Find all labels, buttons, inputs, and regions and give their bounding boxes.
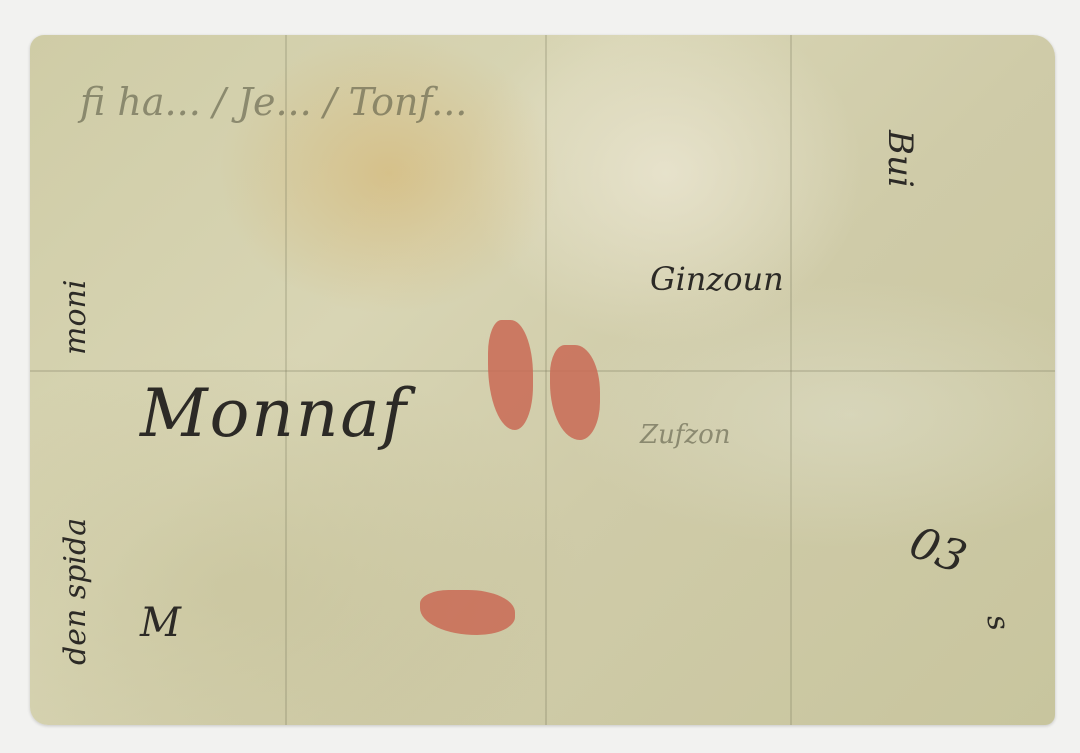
handwritten-letter-bottom-left: M [140, 600, 181, 646]
red-wax-mark [420, 590, 515, 635]
handwritten-mark-bottom-right: s [979, 612, 1016, 633]
red-wax-mark [488, 320, 533, 430]
faint-word-center: Zufzon [640, 420, 731, 450]
red-wax-mark [550, 345, 600, 440]
main-handwritten-word: Monnaf [140, 375, 408, 452]
vertical-text-left-top: moni [58, 280, 93, 355]
handwritten-word-right: Ginzoun [650, 260, 784, 298]
paper-note: fi ha... / Je... / Tonf... Monnaf Ginzou… [30, 35, 1055, 725]
vertical-text-left-bottom: den spida [58, 518, 93, 665]
vertical-text-top-right: Bui [880, 130, 920, 188]
fold-line [545, 35, 547, 725]
fold-line [30, 370, 1055, 372]
faint-script-top-left: fi ha... / Je... / Tonf... [80, 80, 467, 124]
handwritten-number-bottom-right: 03 [903, 517, 973, 584]
fold-line [790, 35, 792, 725]
